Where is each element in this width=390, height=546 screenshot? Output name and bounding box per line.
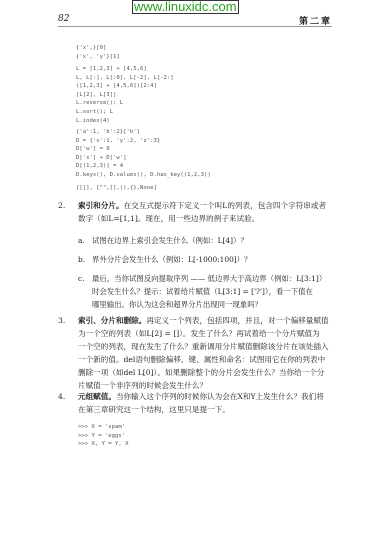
- exercise-title: 索引、分片和删除。: [78, 316, 146, 325]
- code-block-4: [[]], ["",[],(),{},None]: [76, 184, 157, 193]
- exercise-4: 4. 元组赋值。当你输入这个序列的时候你认为会在X和Y上发生什么？我们将 在第三…: [58, 390, 348, 416]
- exercise-number: 3.: [58, 314, 78, 327]
- exercise-2b: b. 界外分片会发生什么（例如：L[-1000:100]）？: [78, 253, 348, 266]
- exercise-number: 2.: [58, 199, 78, 212]
- exercise-number: 4.: [58, 390, 78, 403]
- code-block-5: >>> X = 'spam'>>> Y = 'eggs'>>> X, Y = Y…: [78, 423, 129, 449]
- watermark-link[interactable]: www.linuxidc.com: [132, 0, 239, 14]
- page-header: 82 第二章: [58, 14, 332, 26]
- code-block-2: L = [1,2,3] + [4,5,6]L, L[:], L[:0], L[-…: [76, 65, 174, 125]
- page-number: 82: [58, 14, 69, 24]
- exercise-2a: a. 试图在边界上索引会发生什么（例如：L[4]）？: [78, 234, 348, 247]
- exercise-title: 索引和分片。: [78, 201, 124, 210]
- header-rule: [58, 26, 332, 27]
- code-block-1: {'x',}[0]{'x', 'y'}[1]: [76, 44, 120, 61]
- exercise-2: 2. 索引和分片。在交互式提示符下定义一个叫L的列表，包含四个字符串或者 数字（…: [58, 199, 348, 225]
- exercise-2c: c. 最后，当你试图反向提取序列 —— 低边界大于高边界（例如：L[3:1]）时…: [78, 272, 348, 311]
- exercise-3: 3. 索引、分片和删除。再定义一个列表，包括四项，并且，对一个偏移量赋值 为一个…: [58, 314, 348, 392]
- exercise-title: 元组赋值。: [78, 392, 116, 401]
- code-block-3: {'a':1, 'b':2}['b']D = {'x':1, 'y':2, 'z…: [76, 128, 211, 180]
